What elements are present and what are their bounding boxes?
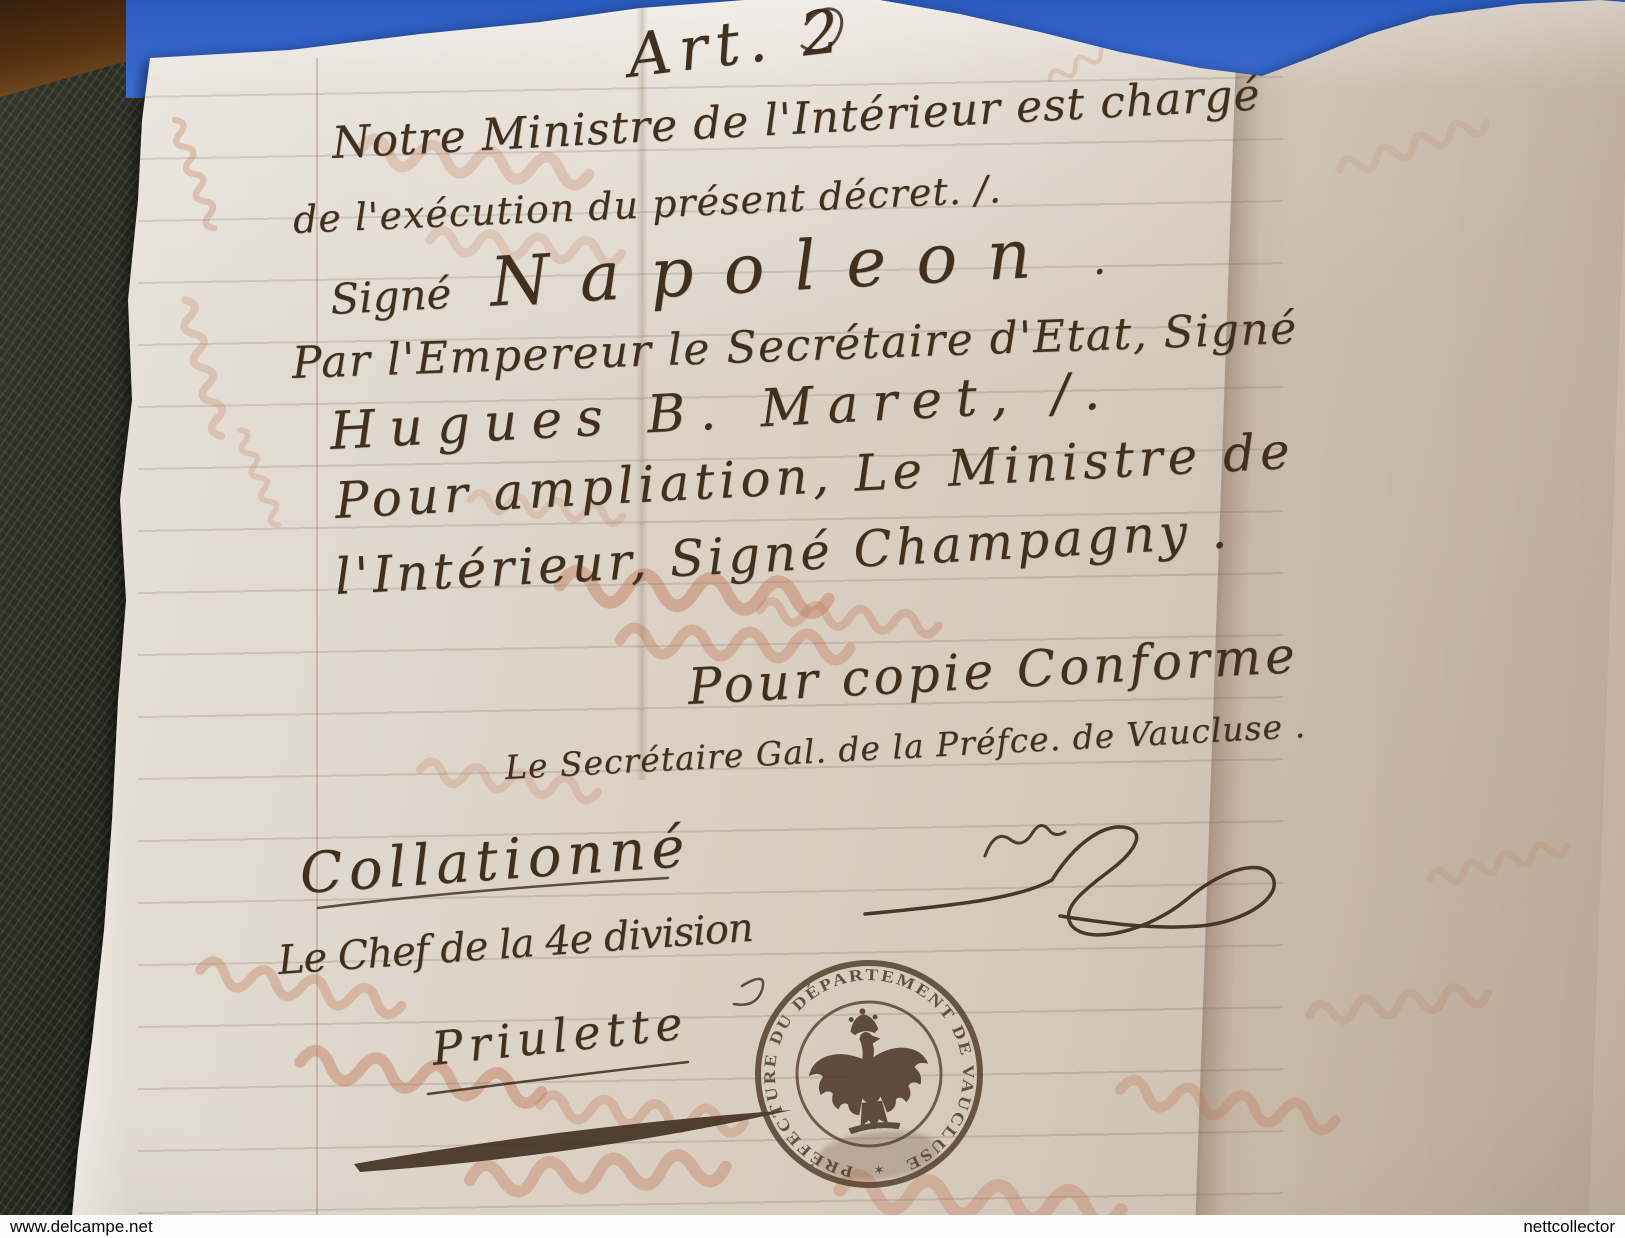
stamp-star: ✶ [873, 1163, 885, 1179]
priulette-underline [428, 1062, 688, 1094]
prefecture-stamp: PRÉFECTURE DU DÉPARTEMENT DE VAUCLUSE ✶ [724, 929, 1014, 1219]
watermark-bar: www.delcampe.net nettcollector [0, 1215, 1625, 1238]
secretary-signature-flourish [865, 827, 1274, 935]
priulette-leaf-flourish [354, 1110, 792, 1172]
watermark-left: www.delcampe.net [10, 1217, 153, 1237]
watermark-right: nettcollector [1523, 1217, 1615, 1237]
secretary-signature-scrawl [985, 825, 1065, 856]
imperial-eagle-icon [802, 1002, 934, 1138]
paper-wrapper: Art. 2 Notre Ministre de l'Intérieur est… [0, 0, 1625, 1238]
collation-underline [318, 878, 668, 908]
heading-flourish [802, 9, 842, 51]
paper-sheet: Art. 2 Notre Ministre de l'Intérieur est… [0, 0, 1625, 1238]
photo-scene: Art. 2 Notre Ministre de l'Intérieur est… [0, 0, 1625, 1238]
